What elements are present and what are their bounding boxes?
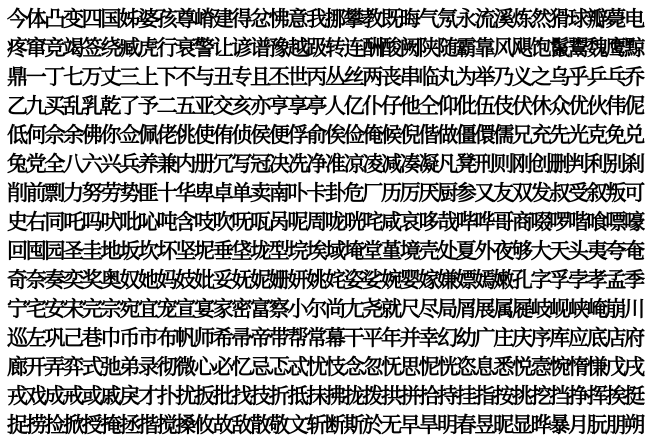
character-row: 戎戏成戒或戚戾才扑扰扳批找技折抵抹拂拢拨拱拼拾持挂指按挑挖挡挣挥挨挺 <box>7 382 650 411</box>
character-grid: 今体凸变四国姊婆孩尊嵴建得忿怫意我挪攀教既晦气氖永流溪炼然猾球瓣薨电 疼窜竞竭签… <box>7 5 650 437</box>
character-row: 乙九买乱乳乾了予二五亚交亥亦亨享亭人亿仆仔他仝仰仳伍伎伏休众优伙伟伲 <box>7 92 650 121</box>
character-row: 巡左巩己巷巾币市布帆师希帚帝带帮常幕干平年并幸幻幼广庄庆序库应底店府 <box>7 324 650 353</box>
character-row: 捉捞捡掀授掩拯揩搅搡攸故敌散敬文斩断斯於无早旱明春昱昵显晔暴月朊朋朔 <box>7 411 650 437</box>
character-row: 鼎一丁七万丈三上下不与丑专且丕世丙丛丝两丧串临丸为举乃义之乌乎乒乓乔 <box>7 63 650 92</box>
character-row: 削前剽力努劳势匪十华卑卓单卖南卟卡卦危厂历厉厌厨参又友双发叔受叙叛可 <box>7 179 650 208</box>
character-row: 低何佘余佛你佥佩佬佻使侑侦侯便俘俞俟俭俺候倪偕做僵儇儒兄充先光克免兑 <box>7 121 650 150</box>
character-row: 今体凸变四国姊婆孩尊嵴建得忿怫意我挪攀教既晦气氖永流溪炼然猾球瓣薨电 <box>7 5 650 34</box>
character-row: 兔党全八六兴兵养兼内册冗写冠决冼净准凉凌减凑凝凡凳刑则刚创删判利别刹 <box>7 150 650 179</box>
character-row: 回囤园圣圭地坂坎坏坚坭垂垡垅型垸埃域埯堂堇境壳处夏外夜够大天头夷夸奄 <box>7 237 650 266</box>
character-row: 史右同吒吗吠吡吣吨含吱吹呒咓呙呢周咙咣咤咸哀哆哉哔哗哥商啜啰喈喰嘌嚎 <box>7 208 650 237</box>
specimen-page: 今体凸变四国姊婆孩尊嵴建得忿怫意我挪攀教既晦气氖永流溪炼然猾球瓣薨电 疼窜竞竭签… <box>0 0 650 437</box>
character-row: 奇奈奏奕奖奥奴她妈妓妣妥妩妮姗妍姚姹姿娑婉婴嫁嫌嫖嫣嫩孔字孚孛孝孟季 <box>7 266 650 295</box>
character-row: 宁宅安宋完宗宛宜宠宣宴家密富察小尔尚尢尧就尺尽局屑展属屣岐岘峡崦崩川 <box>7 295 650 324</box>
character-row: 廊开弄弈式弛弟录彻微心必忆忌忑忒忧忮念忽怃思怩恍恣息悉悦悫惋惰慊戊戌 <box>7 353 650 382</box>
character-row: 疼窜竞竭签绕臧虎行衰警让谚谱豫越趿转连酬酸阙陕随霸靠风飓饱鬣鬻魏鹰黥 <box>7 34 650 63</box>
